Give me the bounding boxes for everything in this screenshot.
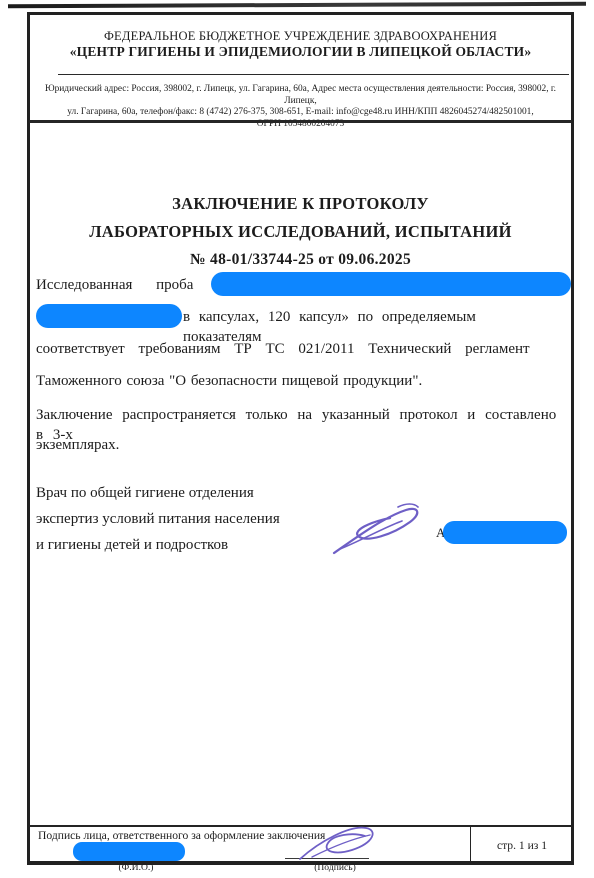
fio-label: (Ф.И.О.) <box>88 862 184 873</box>
redaction-pill-sample-name-2 <box>36 304 182 328</box>
address-divider-line <box>29 120 572 123</box>
org-address-block: Юридический адрес: Россия, 398002, г. Ли… <box>34 84 567 130</box>
signatory-title-line1: Врач по общей гигиене отделения <box>36 483 563 503</box>
body-p1-line4: Таможенного союза "О безопасности пищево… <box>36 371 563 391</box>
document-number: № 48-01/33744-25 от 09.06.2025 <box>30 251 571 269</box>
org-name-line1: ФЕДЕРАЛЬНОЕ БЮДЖЕТНОЕ УЧРЕЖДЕНИЕ ЗДРАВОО… <box>30 29 571 44</box>
scan-edge-artifact <box>8 2 586 9</box>
document-title-line1: ЗАКЛЮЧЕНИЕ К ПРОТОКОЛУ <box>30 194 571 214</box>
redaction-pill-sample-name-1 <box>211 272 571 296</box>
body-p2-line2: экземплярах. <box>36 435 563 455</box>
address-line1: Юридический адрес: Россия, 398002, г. Ли… <box>34 84 567 107</box>
page-number: стр. 1 из 1 <box>470 839 574 852</box>
header-divider-line <box>58 74 569 75</box>
document-frame: ФЕДЕРАЛЬНОЕ БЮДЖЕТНОЕ УЧРЕЖДЕНИЕ ЗДРАВОО… <box>27 12 574 865</box>
scanned-document-page: ФЕДЕРАЛЬНОЕ БЮДЖЕТНОЕ УЧРЕЖДЕНИЕ ЗДРАВОО… <box>0 0 594 878</box>
redaction-pill-signatory-name <box>443 521 567 544</box>
signature-scribble <box>328 497 433 559</box>
address-line2: ул. Гагарина, 60а, телефон/факс: 8 (4742… <box>34 107 567 119</box>
signature-label: (Подпись) <box>302 862 368 873</box>
body-p1-line3: соответствует требованиям ТР ТС 021/2011… <box>36 339 563 359</box>
redaction-pill-footer-fio <box>73 842 185 861</box>
document-title-line2: ЛАБОРАТОРНЫХ ИССЛЕДОВАНИЙ, ИСПЫТАНИЙ <box>30 222 571 242</box>
org-name-line2: «ЦЕНТР ГИГИЕНЫ И ЭПИДЕМИОЛОГИИ В ЛИПЕЦКО… <box>30 44 571 60</box>
footer-caption: Подпись лица, ответственного за оформлен… <box>38 829 325 842</box>
footer-signature-scribble <box>292 821 384 863</box>
